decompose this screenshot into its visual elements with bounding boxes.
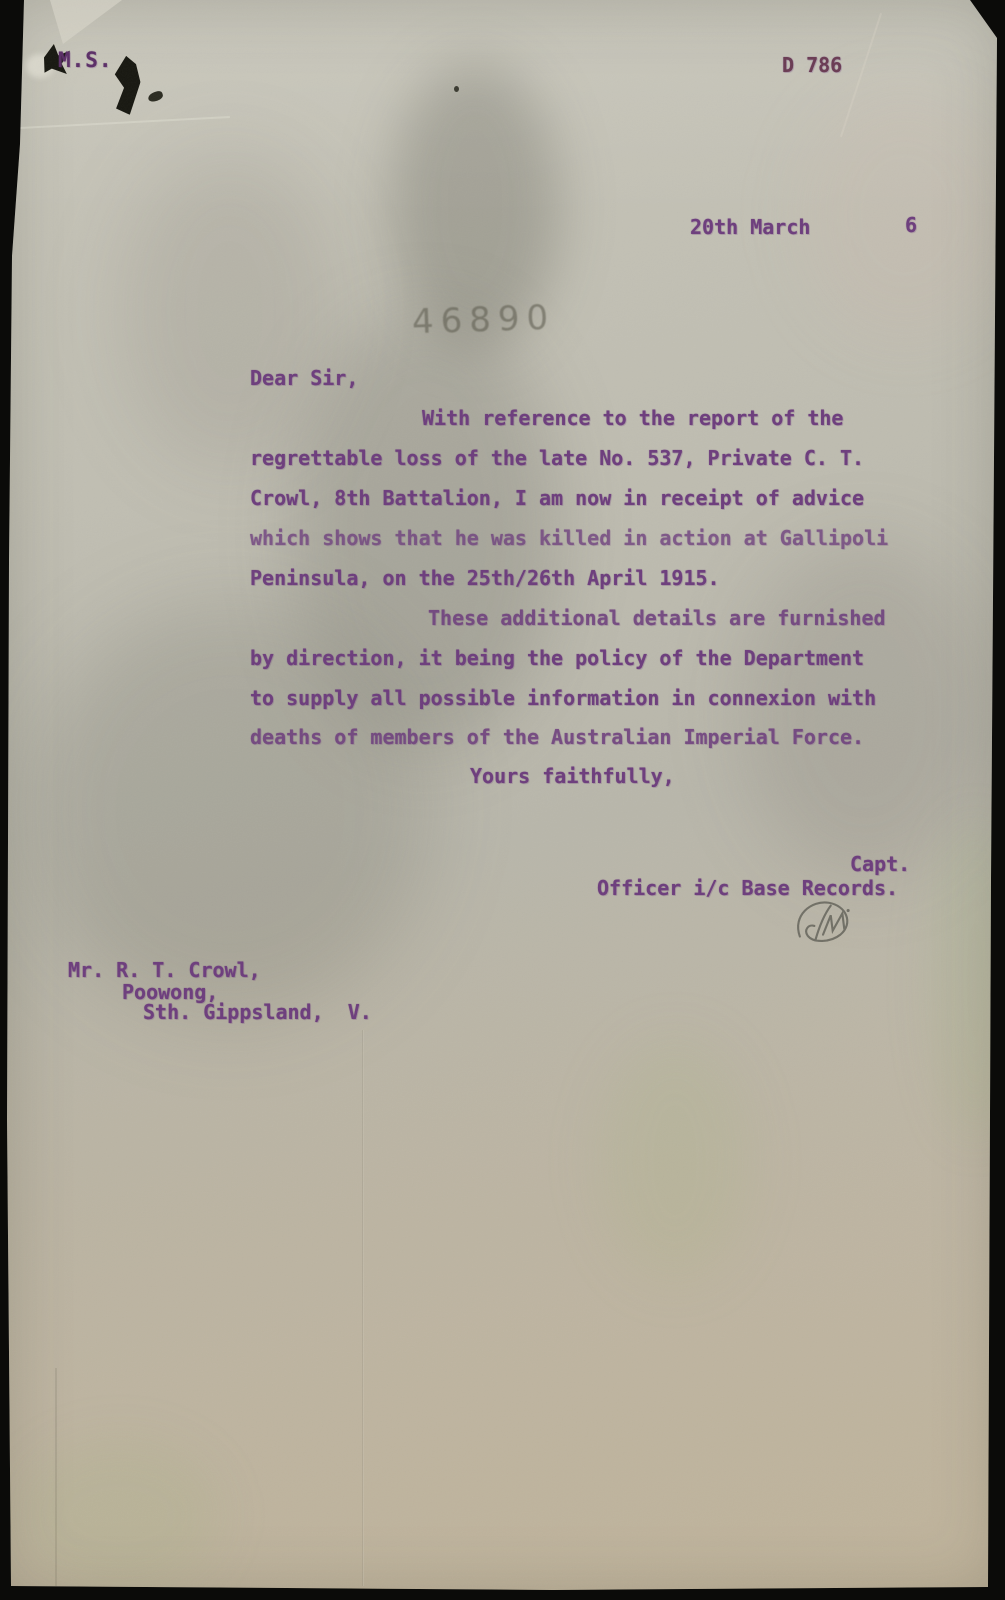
ink-blot [147,90,164,103]
body-line-4: which shows that he was killed in action… [250,526,888,550]
body-line-9: deaths of members of the Australian Impe… [250,725,864,749]
body-line-6: These additional details are furnished [428,606,886,630]
paper-crease [0,116,230,130]
signature-rank: Capt. [850,852,910,876]
paper-stain [930,820,1005,1140]
paper-crease [362,1030,364,1586]
recipient-name: Mr. R. T. Crowl, [68,958,261,982]
body-line-3: Crowl, 8th Battalion, I am now in receip… [250,486,864,510]
paper-stain [600,1040,750,1280]
letter-page: M.S. D 786 20th March 6 46890 Dear Sir, … [0,0,1005,1600]
registry-stamp-number: 46890 [411,298,555,343]
ink-speck [454,86,459,92]
signature-scribble [786,896,862,952]
recipient-region: Sth. Gippsland, V. [143,1000,372,1024]
salutation: Dear Sir, [250,366,358,390]
body-line-8: to supply all possible information in co… [250,686,876,710]
paper-crease [55,1368,57,1586]
paper-stain [20,1440,220,1590]
paper-tone-overlay [0,0,1005,1600]
paper-fold-corner [50,0,122,44]
paper-shadow [740,540,990,880]
body-line-5: Peninsula, on the 25th/26th April 1915. [250,566,720,590]
body-line-7: by direction, it being the policy of the… [250,646,864,670]
file-reference: D 786 [782,53,842,77]
paper-texture [0,0,1005,1600]
paper-shadow [120,150,340,470]
body-line-2: regrettable loss of the late No. 537, Pr… [250,446,864,470]
body-line-1: With reference to the report of the [422,406,843,430]
paper-crease [840,13,882,137]
paper-stain [800,90,1005,340]
classification-mark: M.S. [58,48,113,72]
page-number: 6 [905,213,917,237]
letter-date: 20th March [690,215,810,239]
closing: Yours faithfully, [470,764,675,788]
